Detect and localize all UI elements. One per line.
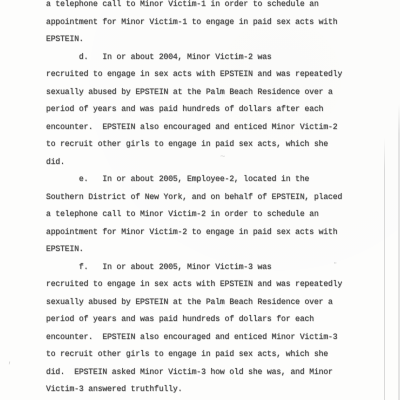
document-line-paragraph-f: f. In or about 2005, Minor Victim-3 was: [46, 259, 376, 277]
document-text-block: a telephone call to Minor Victim-1 in or…: [46, 0, 376, 399]
document-line: Victim-3 answered truthfully.: [46, 381, 376, 399]
document-line: EPSTEIN.: [46, 31, 376, 49]
document-line: recruited to engage in sex acts with EPS…: [46, 66, 376, 84]
document-line: EPSTEIN.: [46, 241, 376, 259]
document-page: a telephone call to Minor Victim-1 in or…: [0, 0, 400, 400]
document-line: did.: [46, 154, 376, 172]
document-line: to recruit other girls to engage in paid…: [46, 346, 376, 364]
document-line: sexually abused by EPSTEIN at the Palm B…: [46, 84, 376, 102]
document-line-paragraph-e: e. In or about 2005, Employee-2, located…: [46, 171, 376, 189]
document-line: appointment for Minor Victim-1 to engage…: [46, 14, 376, 32]
document-line: to recruit other girls to engage in paid…: [46, 136, 376, 154]
document-line: period of years and was paid hundreds of…: [46, 101, 376, 119]
document-line: did. EPSTEIN asked Minor Victim-3 how ol…: [46, 364, 376, 382]
scan-speck-artifact: ': [5, 362, 12, 372]
document-line: sexually abused by EPSTEIN at the Palm B…: [46, 294, 376, 312]
document-line-paragraph-d: d. In or about 2004, Minor Victim-2 was: [46, 49, 376, 67]
document-line: encounter. EPSTEIN also encouraged and e…: [46, 119, 376, 137]
scan-rule-line-artifact: [384, 138, 385, 400]
document-line: appointment for Minor Victim-2 to engage…: [46, 224, 376, 242]
document-line: a telephone call to Minor Victim-2 in or…: [46, 206, 376, 224]
scan-speck-artifact: ~: [220, 153, 225, 162]
scan-speck-artifact: ": [333, 262, 337, 271]
document-line: Southern District of New York, and on be…: [46, 189, 376, 207]
document-line: a telephone call to Minor Victim-1 in or…: [46, 0, 376, 14]
document-line: recruited to engage in sex acts with EPS…: [46, 276, 376, 294]
document-line: period of years and was paid hundreds of…: [46, 311, 376, 329]
scan-page-edge-artifact: [398, 104, 400, 400]
document-line: encounter. EPSTEIN also encouraged and e…: [46, 329, 376, 347]
